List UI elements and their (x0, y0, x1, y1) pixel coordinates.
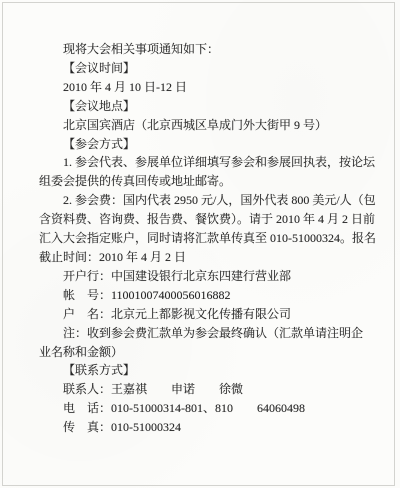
registration-deadline: 截止时间：2010 年 4 月 2 日 (39, 248, 369, 267)
fee-details-cont-1: 含资料费、咨询费、报告费、餐饮费）。请于 2010 年 4 月 2 日前 (39, 210, 369, 229)
section-meeting-time: 【会议时间】 (39, 59, 369, 78)
meeting-address: 北京国宾酒店（北京西城区阜成门外大街甲 9 号） (39, 116, 369, 135)
meeting-date: 2010 年 4 月 10 日-12 日 (39, 78, 369, 97)
bank-account-holder: 户 名：北京元上都影视文化传播有限公司 (39, 305, 369, 324)
bank-account-number: 帐 号：11001007400056016882 (39, 286, 369, 305)
section-contact: 【联系方式】 (39, 361, 369, 380)
section-meeting-place: 【会议地点】 (39, 97, 369, 116)
remittance-note-cont: 业名称和金额） (39, 343, 369, 362)
participation-item-1: 1. 参会代表、参展单位详细填写参会和参展回执表，按论坛 (39, 153, 369, 172)
scanned-document-page: 现将大会相关事项通知如下： 【会议时间】 2010 年 4 月 10 日-12 … (0, 0, 400, 488)
document-body: 现将大会相关事项通知如下： 【会议时间】 2010 年 4 月 10 日-12 … (39, 40, 369, 437)
section-participation: 【参会方式】 (39, 135, 369, 154)
remittance-note: 注：收到参会费汇款单为参会最终确认（汇款单请注明企 (39, 324, 369, 343)
intro-line: 现将大会相关事项通知如下： (39, 40, 369, 59)
bank-name: 开户行：中国建设银行北京东四建行营业部 (39, 267, 369, 286)
participation-item-1-cont: 组委会提供的传真回传或地址邮寄。 (39, 172, 369, 191)
participation-item-2: 2. 参会费：国内代表 2950 元/人，国外代表 800 美元/人（包 (39, 191, 369, 210)
contact-persons: 联系人：王嘉祺 申诺 徐微 (39, 380, 369, 399)
fee-details-cont-2: 汇入大会指定账户，同时请将汇款单传真至 010-51000324。报名 (39, 229, 369, 248)
contact-phone: 电 话：010-51000314-801、810 64060498 (39, 399, 369, 418)
contact-fax: 传 真：010-51000324 (39, 418, 369, 437)
